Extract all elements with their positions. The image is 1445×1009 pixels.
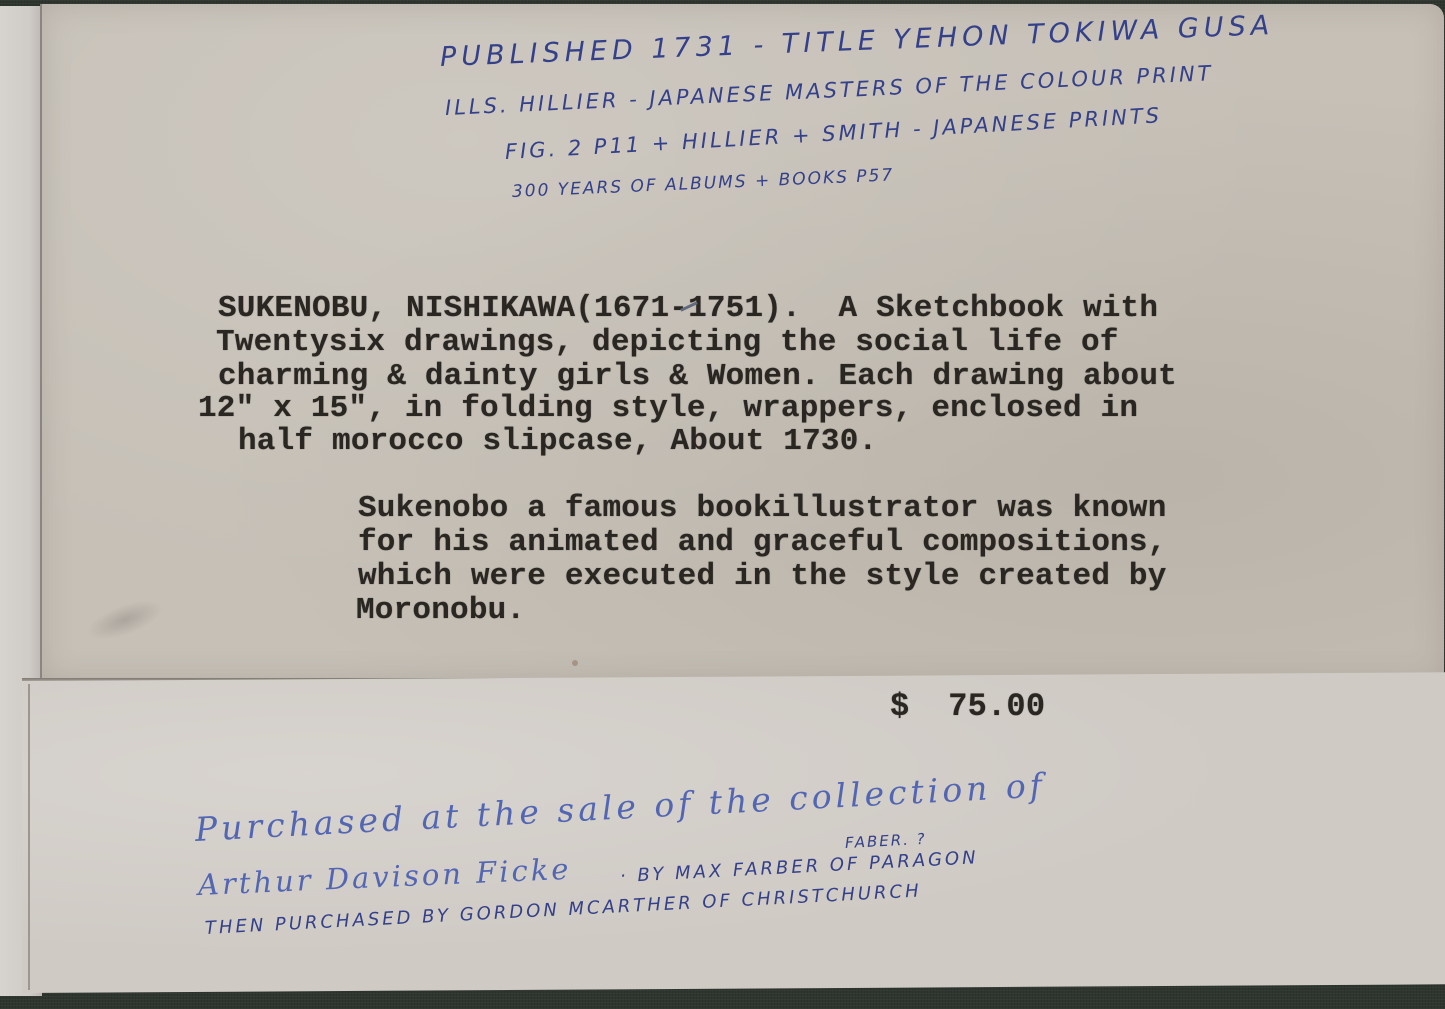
fold-line xyxy=(28,684,30,990)
typed-note-line-4: Moronobu. xyxy=(356,594,525,628)
typed-line-4: 12" x 15", in folding style, wrappers, e… xyxy=(198,392,1138,426)
typed-note-line-1: Sukenobo a famous bookillustrator was kn… xyxy=(358,492,1167,526)
paper-spot xyxy=(572,660,578,666)
typed-line-5: half morocco slipcase, About 1730. xyxy=(238,425,877,459)
typed-note-line-3: which were executed in the style created… xyxy=(358,560,1167,594)
typed-note-line-2: for his animated and graceful compositio… xyxy=(358,526,1167,560)
typed-line-2: Twentysix drawings, depicting the social… xyxy=(216,326,1119,360)
typed-line-3: charming & dainty girls & Women. Each dr… xyxy=(218,360,1177,394)
price: $ 75.00 xyxy=(890,690,1045,724)
document-photo: PUBLISHED 1731 - TITLE YEHON TOKIWA GUSA… xyxy=(0,0,1445,1009)
typed-line-1: SUKENOBU, NISHIKAWA(1671-1751). A Sketch… xyxy=(218,292,1158,326)
